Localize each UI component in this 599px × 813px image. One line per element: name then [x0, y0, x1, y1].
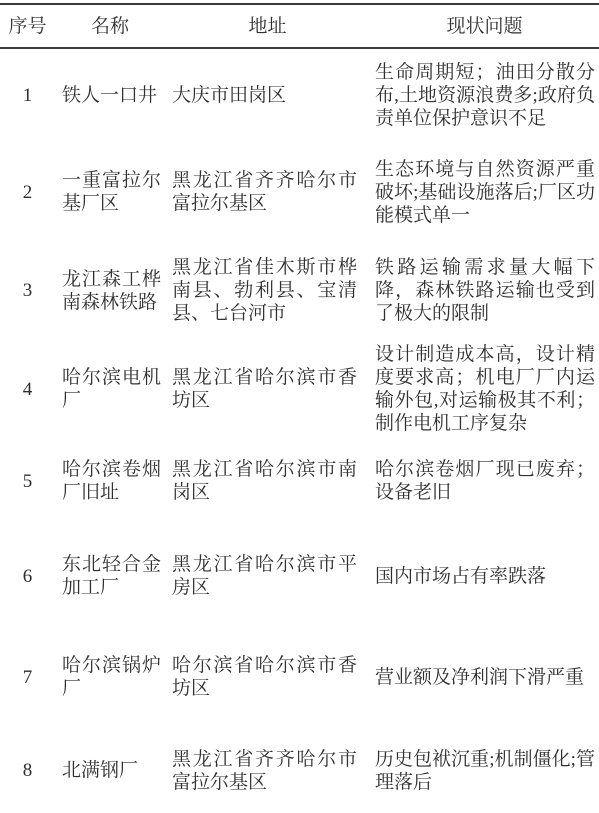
column-header-address: 地址 [165, 4, 370, 48]
cell-problem: 历史包袱沉重;机制僵化;管理落后 [370, 725, 599, 813]
table-row: 2 一重富拉尔基厂区 黑龙江省齐齐哈尔市富拉尔基区 生态环境与自然资源严重破坏;… [0, 142, 599, 242]
cell-number: 3 [0, 242, 55, 339]
cell-number: 1 [0, 48, 55, 142]
cell-address: 黑龙江省齐齐哈尔市富拉尔基区 [165, 142, 370, 242]
table-header-row: 序号 名称 地址 现状问题 [0, 4, 599, 48]
cell-number: 8 [0, 725, 55, 813]
cell-problem: 营业额及净利润下滑严重 [370, 629, 599, 725]
cell-name: 哈尔滨锅炉厂 [55, 629, 165, 725]
cell-address: 黑龙江省哈尔滨市香坊区 [165, 339, 370, 439]
cell-address: 大庆市田岗区 [165, 48, 370, 142]
cell-problem: 生态环境与自然资源严重破坏;基础设施落后;厂区功能模式单一 [370, 142, 599, 242]
cell-number: 6 [0, 523, 55, 629]
cell-name: 一重富拉尔基厂区 [55, 142, 165, 242]
cell-name: 东北轻合金加工厂 [55, 523, 165, 629]
cell-number: 4 [0, 339, 55, 439]
cell-problem: 国内市场占有率跌落 [370, 523, 599, 629]
cell-number: 7 [0, 629, 55, 725]
cell-problem: 设计制造成本高，设计精度要求高；机电厂厂内运输外包,对运输极其不利；制作电机工序… [370, 339, 599, 439]
table-row: 7 哈尔滨锅炉厂 哈尔滨省哈尔滨市香坊区 营业额及净利润下滑严重 [0, 629, 599, 725]
cell-name: 哈尔滨卷烟厂旧址 [55, 439, 165, 523]
cell-address: 黑龙江省哈尔滨市平房区 [165, 523, 370, 629]
cell-address: 黑龙江省哈尔滨市南岗区 [165, 439, 370, 523]
table-row: 6 东北轻合金加工厂 黑龙江省哈尔滨市平房区 国内市场占有率跌落 [0, 523, 599, 629]
cell-name: 铁人一口井 [55, 48, 165, 142]
table-row: 1 铁人一口井 大庆市田岗区 生命周期短；油田分散分布,土地资源浪费多;政府负责… [0, 48, 599, 142]
cell-name: 哈尔滨电机厂 [55, 339, 165, 439]
table-row: 3 龙江森工桦南森林铁路 黑龙江省佳木斯市桦南县、勃利县、宝清县、七台河市 铁路… [0, 242, 599, 339]
column-header-number: 序号 [0, 4, 55, 48]
cell-name: 龙江森工桦南森林铁路 [55, 242, 165, 339]
cell-address: 哈尔滨省哈尔滨市香坊区 [165, 629, 370, 725]
table-row: 4 哈尔滨电机厂 黑龙江省哈尔滨市香坊区 设计制造成本高，设计精度要求高；机电厂… [0, 339, 599, 439]
cell-name: 北满钢厂 [55, 725, 165, 813]
column-header-problem: 现状问题 [370, 4, 599, 48]
cell-problem: 哈尔滨卷烟厂现已废弃；设备老旧 [370, 439, 599, 523]
cell-number: 2 [0, 142, 55, 242]
heritage-sites-table: 序号 名称 地址 现状问题 1 铁人一口井 大庆市田岗区 生命周期短；油田分散分… [0, 3, 599, 813]
table-row: 5 哈尔滨卷烟厂旧址 黑龙江省哈尔滨市南岗区 哈尔滨卷烟厂现已废弃；设备老旧 [0, 439, 599, 523]
cell-problem: 生命周期短；油田分散分布,土地资源浪费多;政府负责单位保护意识不足 [370, 48, 599, 142]
cell-problem: 铁路运输需求量大幅下降，森林铁路运输也受到了极大的限制 [370, 242, 599, 339]
cell-address: 黑龙江省佳木斯市桦南县、勃利县、宝清县、七台河市 [165, 242, 370, 339]
table-row: 8 北满钢厂 黑龙江省齐齐哈尔市富拉尔基区 历史包袱沉重;机制僵化;管理落后 [0, 725, 599, 813]
cell-number: 5 [0, 439, 55, 523]
column-header-name: 名称 [55, 4, 165, 48]
cell-address: 黑龙江省齐齐哈尔市富拉尔基区 [165, 725, 370, 813]
